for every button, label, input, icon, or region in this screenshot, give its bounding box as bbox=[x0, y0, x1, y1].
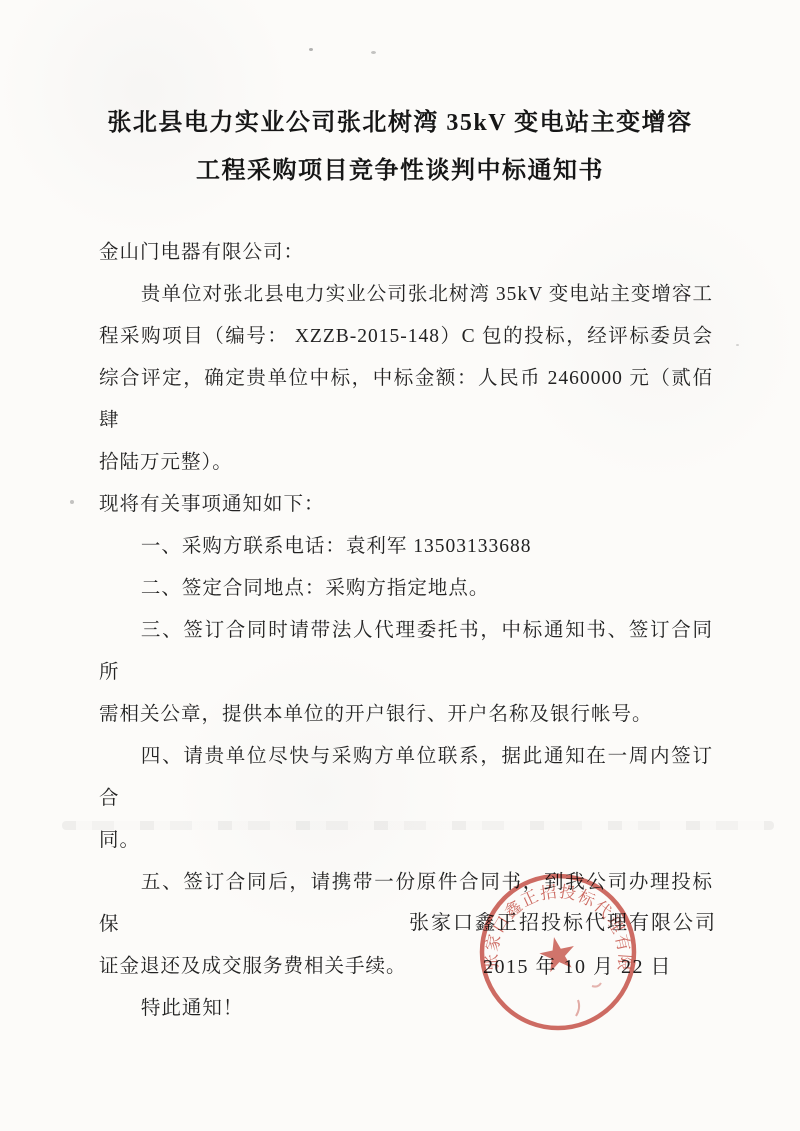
star-icon: ★ bbox=[532, 925, 583, 983]
document-title-line-1: 张北县电力实业公司张北树湾 35kV 变电站主变增容 bbox=[55, 99, 745, 147]
document-line: 拾陆万元整）。 bbox=[99, 442, 713, 484]
document-title: 张北县电力实业公司张北树湾 35kV 变电站主变增容 工程采购项目竞争性谈判中标… bbox=[55, 99, 745, 195]
scan-speck bbox=[70, 500, 74, 504]
list-item-4: 四、请贵单位尽快与采购方单位联系，据此通知在一周内签订合 bbox=[99, 736, 713, 820]
company-seal-stamp: 张家口鑫正招投标代理有限公司 ★ bbox=[474, 868, 642, 1036]
document-line: 需相关公章，提供本单位的开户银行、开户名称及银行帐号。 bbox=[99, 694, 713, 736]
document-line: 综合评定，确定贵单位中标，中标金额：人民币 2460000 元（贰佰肆 bbox=[99, 358, 713, 442]
scan-speck bbox=[736, 344, 739, 346]
scanned-document-page: 张北县电力实业公司张北树湾 35kV 变电站主变增容 工程采购项目竞争性谈判中标… bbox=[0, 0, 800, 1131]
list-item-1: 一、采购方联系电话：袁利军 13503133688 bbox=[99, 526, 713, 568]
recipient-line: 金山门电器有限公司： bbox=[99, 232, 713, 274]
scan-speck bbox=[309, 48, 313, 51]
scan-speck bbox=[371, 51, 376, 54]
document-line: 贵单位对张北县电力实业公司张北树湾 35kV 变电站主变增容工 bbox=[99, 274, 713, 316]
seal-mark bbox=[576, 1000, 579, 1016]
document-line: 同。 bbox=[99, 820, 713, 862]
document-line: 现将有关事项通知如下： bbox=[99, 484, 713, 526]
document-line: 程采购项目（编号： XZZB-2015-148）C 包的投标，经评标委员会 bbox=[99, 316, 713, 358]
list-item-3: 三、签订合同时请带法人代理委托书，中标通知书、签订合同所 bbox=[99, 610, 713, 694]
seal-mark bbox=[592, 983, 601, 987]
list-item-2: 二、签定合同地点：采购方指定地点。 bbox=[99, 568, 713, 610]
document-title-line-2: 工程采购项目竞争性谈判中标通知书 bbox=[55, 147, 745, 195]
